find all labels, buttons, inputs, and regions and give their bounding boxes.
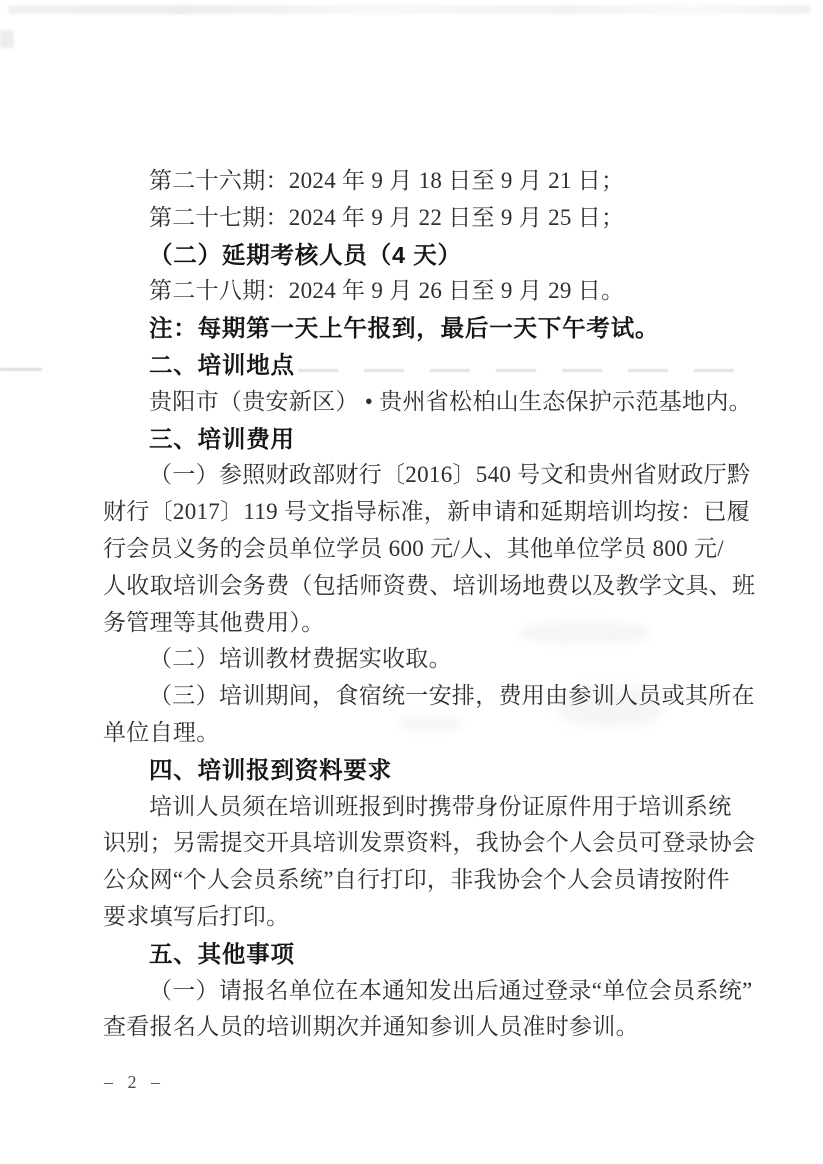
text-line-fees-5: 务管理等其他费用）。 bbox=[103, 605, 763, 642]
text-line-other-2: 查看报名人员的培训期次并通知参训人员准时参训。 bbox=[103, 1009, 763, 1046]
text-line-registration-3: 公众网“个人会员系统”自行打印，非我协会个人会员请按附件 bbox=[103, 862, 763, 899]
document-page: 第二十六期：2024 年 9 月 18 日至 9 月 21 日； 第二十七期：2… bbox=[0, 0, 823, 1164]
text-line-materials-fee: （二）培训教材费据实收取。 bbox=[103, 641, 763, 678]
text-line-fees-1: （一）参照财政部财行〔2016〕540 号文和贵州省财政厅黔 bbox=[103, 457, 763, 494]
document-body: 第二十六期：2024 年 9 月 18 日至 9 月 21 日； 第二十七期：2… bbox=[103, 163, 763, 1046]
scan-artifact-edge-mark bbox=[0, 30, 14, 48]
text-line-registration-2: 识别；另需提交开具培训发票资料，我协会个人会员可登录协会 bbox=[103, 825, 763, 862]
text-line-location: 贵阳市（贵安新区） • 贵州省松柏山生态保护示范基地内。 bbox=[103, 384, 763, 421]
text-line-lodging-1: （三）培训期间，食宿统一安排，费用由参训人员或其所在 bbox=[103, 678, 763, 715]
text-line-fees-2: 财行〔2017〕119 号文指导标准，新申请和延期培训均按：已履 bbox=[103, 494, 763, 531]
page-number: – 2 – bbox=[104, 1072, 165, 1093]
text-line-session-26: 第二十六期：2024 年 9 月 18 日至 9 月 21 日； bbox=[103, 163, 763, 200]
text-line-session-28: 第二十八期：2024 年 9 月 26 日至 9 月 29 日。 bbox=[103, 273, 763, 310]
subsection-heading-deferred: （二）延期考核人员（4 天） bbox=[103, 237, 763, 274]
text-line-registration-1: 培训人员须在培训班报到时携带身份证原件用于培训系统 bbox=[103, 789, 763, 826]
section-heading-other: 五、其他事项 bbox=[103, 936, 763, 973]
text-line-lodging-2: 单位自理。 bbox=[103, 715, 763, 752]
text-line-session-27: 第二十七期：2024 年 9 月 22 日至 9 月 25 日； bbox=[103, 200, 763, 237]
note-line: 注：每期第一天上午报到，最后一天下午考试。 bbox=[103, 310, 763, 347]
section-heading-registration: 四、培训报到资料要求 bbox=[103, 752, 763, 789]
scan-artifact-dash-left bbox=[0, 368, 42, 371]
text-line-fees-4: 人收取培训会务费（包括师资费、培训场地费以及教学文具、班 bbox=[103, 568, 763, 605]
section-heading-fees: 三、培训费用 bbox=[103, 421, 763, 458]
text-line-registration-4: 要求填写后打印。 bbox=[103, 899, 763, 936]
text-line-other-1: （一）请报名单位在本通知发出后通过登录“单位会员系统” bbox=[103, 973, 763, 1010]
section-heading-location: 二、培训地点 bbox=[103, 347, 763, 384]
text-line-fees-3: 行会员义务的会员单位学员 600 元/人、其他单位学员 800 元/ bbox=[103, 531, 763, 568]
scan-artifact-top-band bbox=[8, 5, 810, 14]
